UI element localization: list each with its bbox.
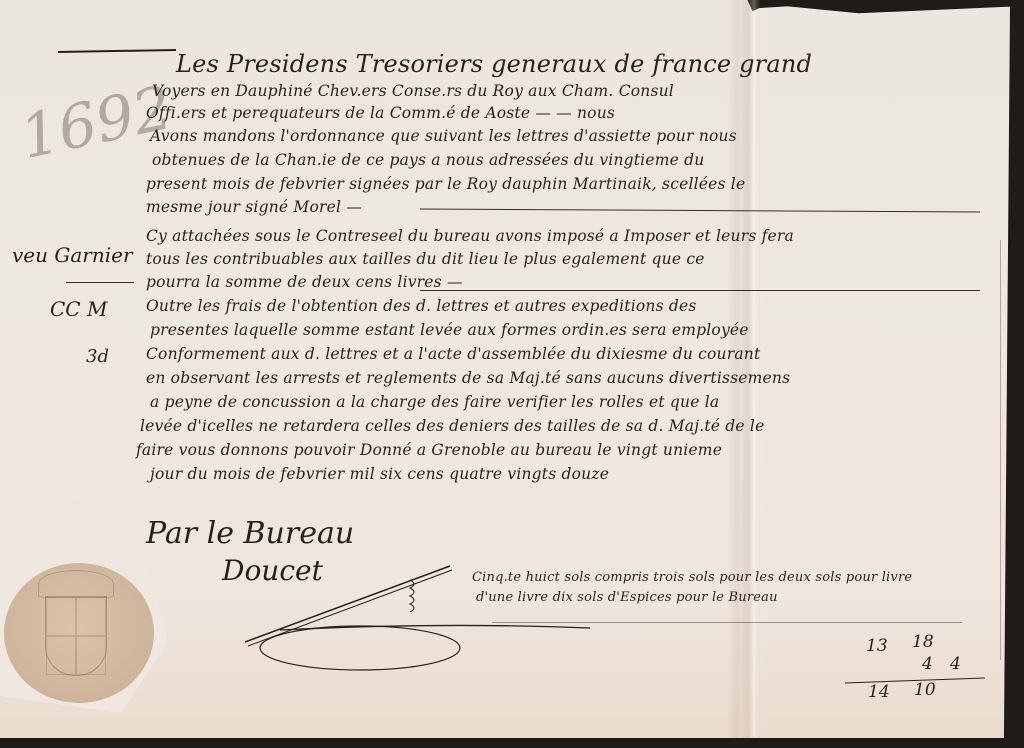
body-line: Voyers en Dauphiné Chev.ers Conse.rs du … <box>152 82 674 100</box>
background-edge-bottom <box>0 738 1024 748</box>
body-line: Cy attachées sous le Contreseel du burea… <box>146 227 794 245</box>
document-scan: 1692 Les Presidens Tresoriers generaux d… <box>0 0 1024 748</box>
margin-note-initials: CC M <box>50 297 107 321</box>
fee-note-line: d'une livre dix sols d'Espices pour le B… <box>476 590 778 605</box>
tally-total: 10 <box>914 680 936 700</box>
torn-edge-top <box>760 0 1024 8</box>
body-line: faire vous donnons pouvoir Donné a Greno… <box>136 441 722 459</box>
fee-note-rule <box>492 622 962 623</box>
body-line: Offi.ers et perequateurs de la Comm.é de… <box>146 104 615 122</box>
body-line: mesme jour signé Morel — <box>146 198 362 216</box>
fee-note-line: Cinq.te huict sols compris trois sols po… <box>472 570 912 585</box>
seal-crown-icon <box>38 570 114 598</box>
body-line: Outre les frais de l'obtention des d. le… <box>146 297 697 315</box>
body-line: a peyne de concussion a la charge des fa… <box>150 393 719 411</box>
margin-note-mark: 3d <box>86 346 109 367</box>
body-line: present mois de febvrier signées par le … <box>146 175 745 193</box>
body-line: Conformement aux d. lettres et a l'acte … <box>146 345 760 363</box>
tally-total: 14 <box>868 682 890 702</box>
body-line: presentes laquelle somme estant levée au… <box>150 321 749 339</box>
line-filler <box>420 290 980 291</box>
tally-value: 4 <box>922 654 933 674</box>
document-title: Les Presidens Tresoriers generaux de fra… <box>176 50 812 78</box>
tally-value: 4 <box>950 654 961 674</box>
body-line: levée d'icelles ne retardera celles des … <box>140 417 764 435</box>
tally-value: 18 <box>912 632 934 652</box>
body-line: obtenues de la Chan.ie de ce pays a nous… <box>152 151 704 169</box>
body-line: Avons mandons l'ordonnance que suivant l… <box>150 127 737 145</box>
background-edge-right <box>1010 0 1024 748</box>
margin-note-underline <box>66 282 134 283</box>
body-line: pourra la somme de deux cens livres — <box>146 273 463 291</box>
body-line: en observant les arrests et reglements d… <box>146 369 790 387</box>
seal-coat-of-arms-icon <box>45 596 107 676</box>
margin-rule <box>1000 240 1001 660</box>
margin-note-veu: veu Garnier <box>12 243 133 267</box>
body-line: tous les contribuables aux tailles du di… <box>146 250 705 268</box>
closing-par-le-bureau: Par le Bureau <box>146 516 354 551</box>
body-line: jour du mois de febvrier mil six cens qu… <box>150 465 609 483</box>
tally-value: 13 <box>866 636 888 656</box>
